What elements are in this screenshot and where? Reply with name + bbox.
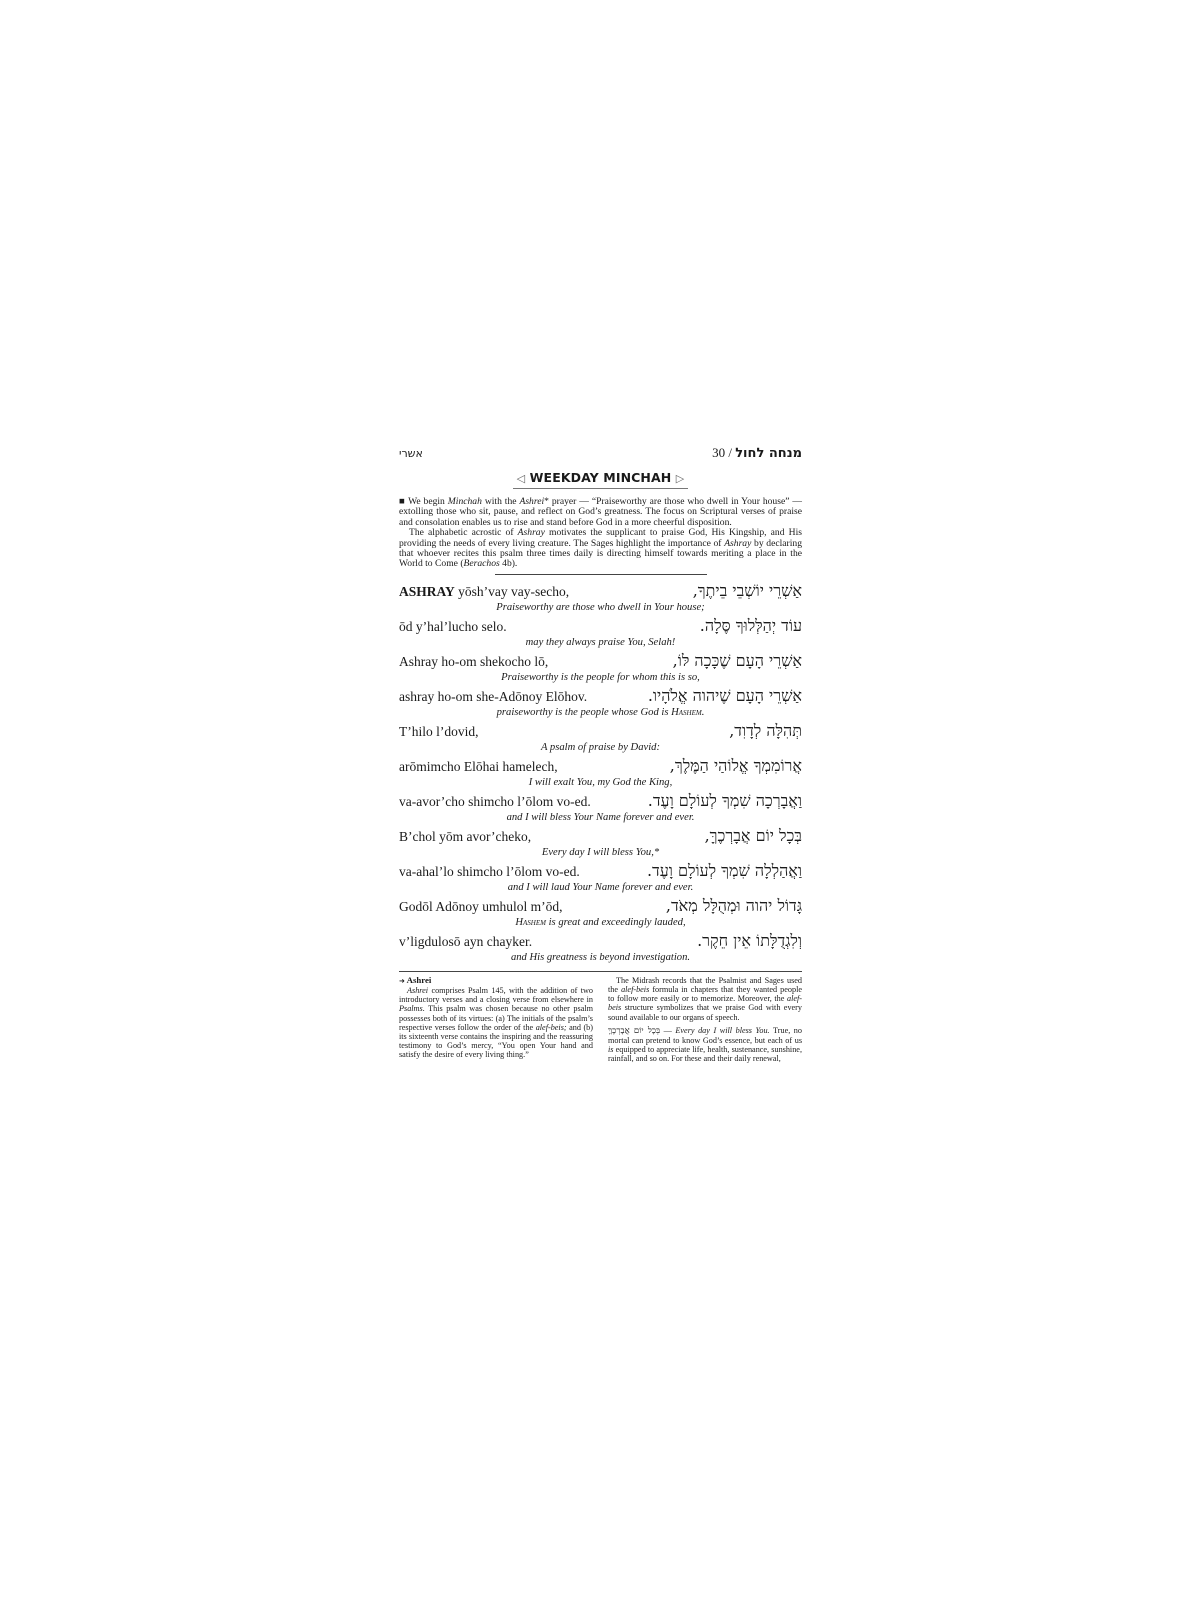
text: comprises Psalm 145, with the addition o… [399, 986, 593, 1004]
footnote-body: The Midrash records that the Psalmist an… [608, 976, 802, 1022]
hebrew-text: תְּהִלָּה לְדָוִד, [729, 721, 802, 741]
left-ornament-icon: ◁ [517, 472, 526, 485]
verse: ashray ho-om she-Adōnoy Elōhov.אַשְׁרֵי … [399, 687, 802, 722]
translation: may they always praise You, Selah! [399, 636, 802, 652]
lemma: Every day I will bless You. [675, 1026, 769, 1035]
verse: Godōl Adōnoy umhulol m’ōd,גָּדוֹל יהוה ו… [399, 897, 802, 932]
emphasis: Ashrei [519, 496, 544, 507]
text: 4b). [500, 558, 518, 569]
verse: ASHRAY yōsh’vay vay-secho,אַשְׁרֵי יוֹשְ… [399, 582, 802, 617]
text: is great and exceedingly lauded, [546, 917, 686, 928]
translation: I will exalt You, my God the King, [399, 776, 802, 792]
footnote-body: Ashrei comprises Psalm 145, with the add… [399, 986, 593, 1060]
hebrew-text: אַשְׁרֵי הָעָם שֶׁכָּכָה לּוֹ, [673, 651, 802, 671]
transliteration: ASHRAY yōsh’vay vay-secho, [399, 584, 569, 600]
transliteration: arōmimcho Elōhai hamelech, [399, 759, 558, 775]
verse: Ashray ho-om shekocho lō,אַשְׁרֵי הָעָם … [399, 652, 802, 687]
intro-paragraph-1: ■ We begin Minchah with the Ashrei* pray… [399, 497, 802, 528]
hebrew-text: אֲרוֹמִמְךָ אֱלוֹהַי הַמֶּלֶךְ, [670, 756, 802, 776]
transliteration: ōd y’hal’lucho selo. [399, 619, 507, 635]
footnotes: ➜ Ashrei Ashrei comprises Psalm 145, wit… [399, 976, 802, 1064]
footnote-column-right: The Midrash records that the Psalmist an… [608, 976, 802, 1064]
text: ■ We begin [399, 496, 448, 507]
emphasis: alef-beis [621, 985, 649, 994]
divider [495, 574, 707, 575]
hebrew-text: וַאֲבָרְכָה שִׁמְךָ לְעוֹלָם וָעֶד. [648, 791, 802, 811]
running-head: אשרי 30 / מנחה לחול [399, 445, 802, 465]
title-text: WEEKDAY MINCHAH [530, 470, 672, 485]
footnote-heading-text: Ashrei [407, 975, 432, 985]
emphasis: Minchah [448, 496, 482, 507]
arrow-marker-icon: ➜ [399, 977, 405, 985]
transliteration: va-avor’cho shimcho l’ōlom vo-ed. [399, 794, 591, 810]
hebrew-text: וְלִגְדֻלָּתוֹ אֵין חֵקֶר. [697, 931, 802, 951]
text: The alphabetic acrostic of [409, 527, 518, 538]
intro-paragraph-2: The alphabetic acrostic of Ashray motiva… [399, 528, 802, 570]
hebrew-text: בְּכָל יוֹם אֲבָרְכֶךָּ, [705, 826, 802, 846]
translation: Hashem is great and exceedingly lauded, [399, 916, 802, 932]
verse: arōmimcho Elōhai hamelech,אֲרוֹמִמְךָ אֱ… [399, 757, 802, 792]
hebrew-text: אַשְׁרֵי יוֹשְׁבֵי בֵיתֶךָ, [693, 581, 802, 601]
text: structure symbolizes that we praise God … [608, 1003, 802, 1021]
footnote-body: בְּכָל יוֹם אֲבָרְכֶךָּ — Every day I wi… [608, 1026, 802, 1064]
verse: B’chol yōm avor’cheko,בְּכָל יוֹם אֲבָרְ… [399, 827, 802, 862]
transliteration: Ashray ho-om shekocho lō, [399, 654, 548, 670]
right-ornament-icon: ▷ [676, 472, 685, 485]
transliteration: va-ahal’lo shimcho l’ōlom vo-ed. [399, 864, 580, 880]
intro-text: ■ We begin Minchah with the Ashrei* pray… [399, 497, 802, 570]
translation: Praiseworthy is the people for whom this… [399, 671, 802, 687]
hebrew-text: עוֹד יְהַלְּלוּךָ סֶּלָה. [700, 616, 802, 636]
text: . [702, 707, 705, 718]
text: yōsh’vay vay-secho, [455, 584, 569, 599]
translation: Every day I will bless You,* [399, 846, 802, 862]
text: — [660, 1026, 675, 1035]
verse: v’ligdulosō ayn chayker.וְלִגְדֻלָּתוֹ א… [399, 932, 802, 967]
verse-list: ASHRAY yōsh’vay vay-secho,אַשְׁרֵי יוֹשְ… [399, 582, 802, 967]
page-number: 30 [712, 445, 725, 460]
prayer-book-page: אשרי 30 / מנחה לחול ◁ WEEKDAY MINCHAH ▷ … [399, 445, 802, 1064]
emphasis: Psalms [399, 1004, 423, 1013]
divine-name: Hashem [515, 917, 546, 928]
emphasis: alef-beis; [536, 1023, 567, 1032]
text: equipped to appreciate life, health, sus… [608, 1045, 802, 1063]
section-title-wrap: ◁ WEEKDAY MINCHAH ▷ [399, 469, 802, 489]
footnote-divider [399, 971, 802, 972]
running-head-service: מנחה לחול [735, 446, 802, 461]
verse: va-ahal’lo shimcho l’ōlom vo-ed.וַאֲהַלְ… [399, 862, 802, 897]
transliteration: ashray ho-om she-Adōnoy Elōhov. [399, 689, 587, 705]
translation: and I will laud Your Name forever and ev… [399, 881, 802, 897]
hebrew-text: וַאֲהַלְלָה שִׁמְךָ לְעוֹלָם וָעֶד. [647, 861, 802, 881]
text: praiseworthy is the people whose God is [497, 707, 672, 718]
divine-name: Hashem [671, 707, 702, 718]
translation: and His greatness is beyond investigatio… [399, 951, 802, 967]
footnote-heading: ➜ Ashrei [399, 976, 593, 986]
footnote-column-left: ➜ Ashrei Ashrei comprises Psalm 145, wit… [399, 976, 593, 1064]
lead-word: ASHRAY [399, 584, 455, 599]
translation: and I will bless Your Name forever and e… [399, 811, 802, 827]
transliteration: v’ligdulosō ayn chayker. [399, 934, 532, 950]
running-head-section: אשרי [399, 447, 423, 460]
hebrew-text: גָּדוֹל יהוה וּמְהֻלָּל מְאֹד, [666, 896, 802, 916]
transliteration: Godōl Adōnoy umhulol m’ōd, [399, 899, 563, 915]
translation: A psalm of praise by David: [399, 741, 802, 757]
section-title: ◁ WEEKDAY MINCHAH ▷ [513, 470, 689, 489]
running-head-page: 30 / מנחה לחול [712, 445, 802, 461]
verse: T’hilo l’dovid,תְּהִלָּה לְדָוִד, A psal… [399, 722, 802, 757]
emphasis: Berachos [464, 558, 500, 569]
transliteration: T’hilo l’dovid, [399, 724, 479, 740]
verse: ōd y’hal’lucho selo.עוֹד יְהַלְּלוּךָ סֶ… [399, 617, 802, 652]
hebrew-lemma: בְּכָל יוֹם אֲבָרְכֶךָּ [608, 1026, 660, 1036]
translation: Praiseworthy are those who dwell in Your… [399, 601, 802, 617]
page-separator: / [725, 445, 735, 460]
emphasis: Ashrei [407, 986, 428, 995]
text: with the [482, 496, 520, 507]
emphasis: Ashray [724, 538, 751, 549]
verse: va-avor’cho shimcho l’ōlom vo-ed.וַאֲבָר… [399, 792, 802, 827]
translation: praiseworthy is the people whose God is … [399, 706, 802, 722]
hebrew-text: אַשְׁרֵי הָעָם שֶׁיהוה אֱלֹהָיו. [648, 686, 802, 706]
emphasis: Ashray [518, 527, 545, 538]
transliteration: B’chol yōm avor’cheko, [399, 829, 531, 845]
